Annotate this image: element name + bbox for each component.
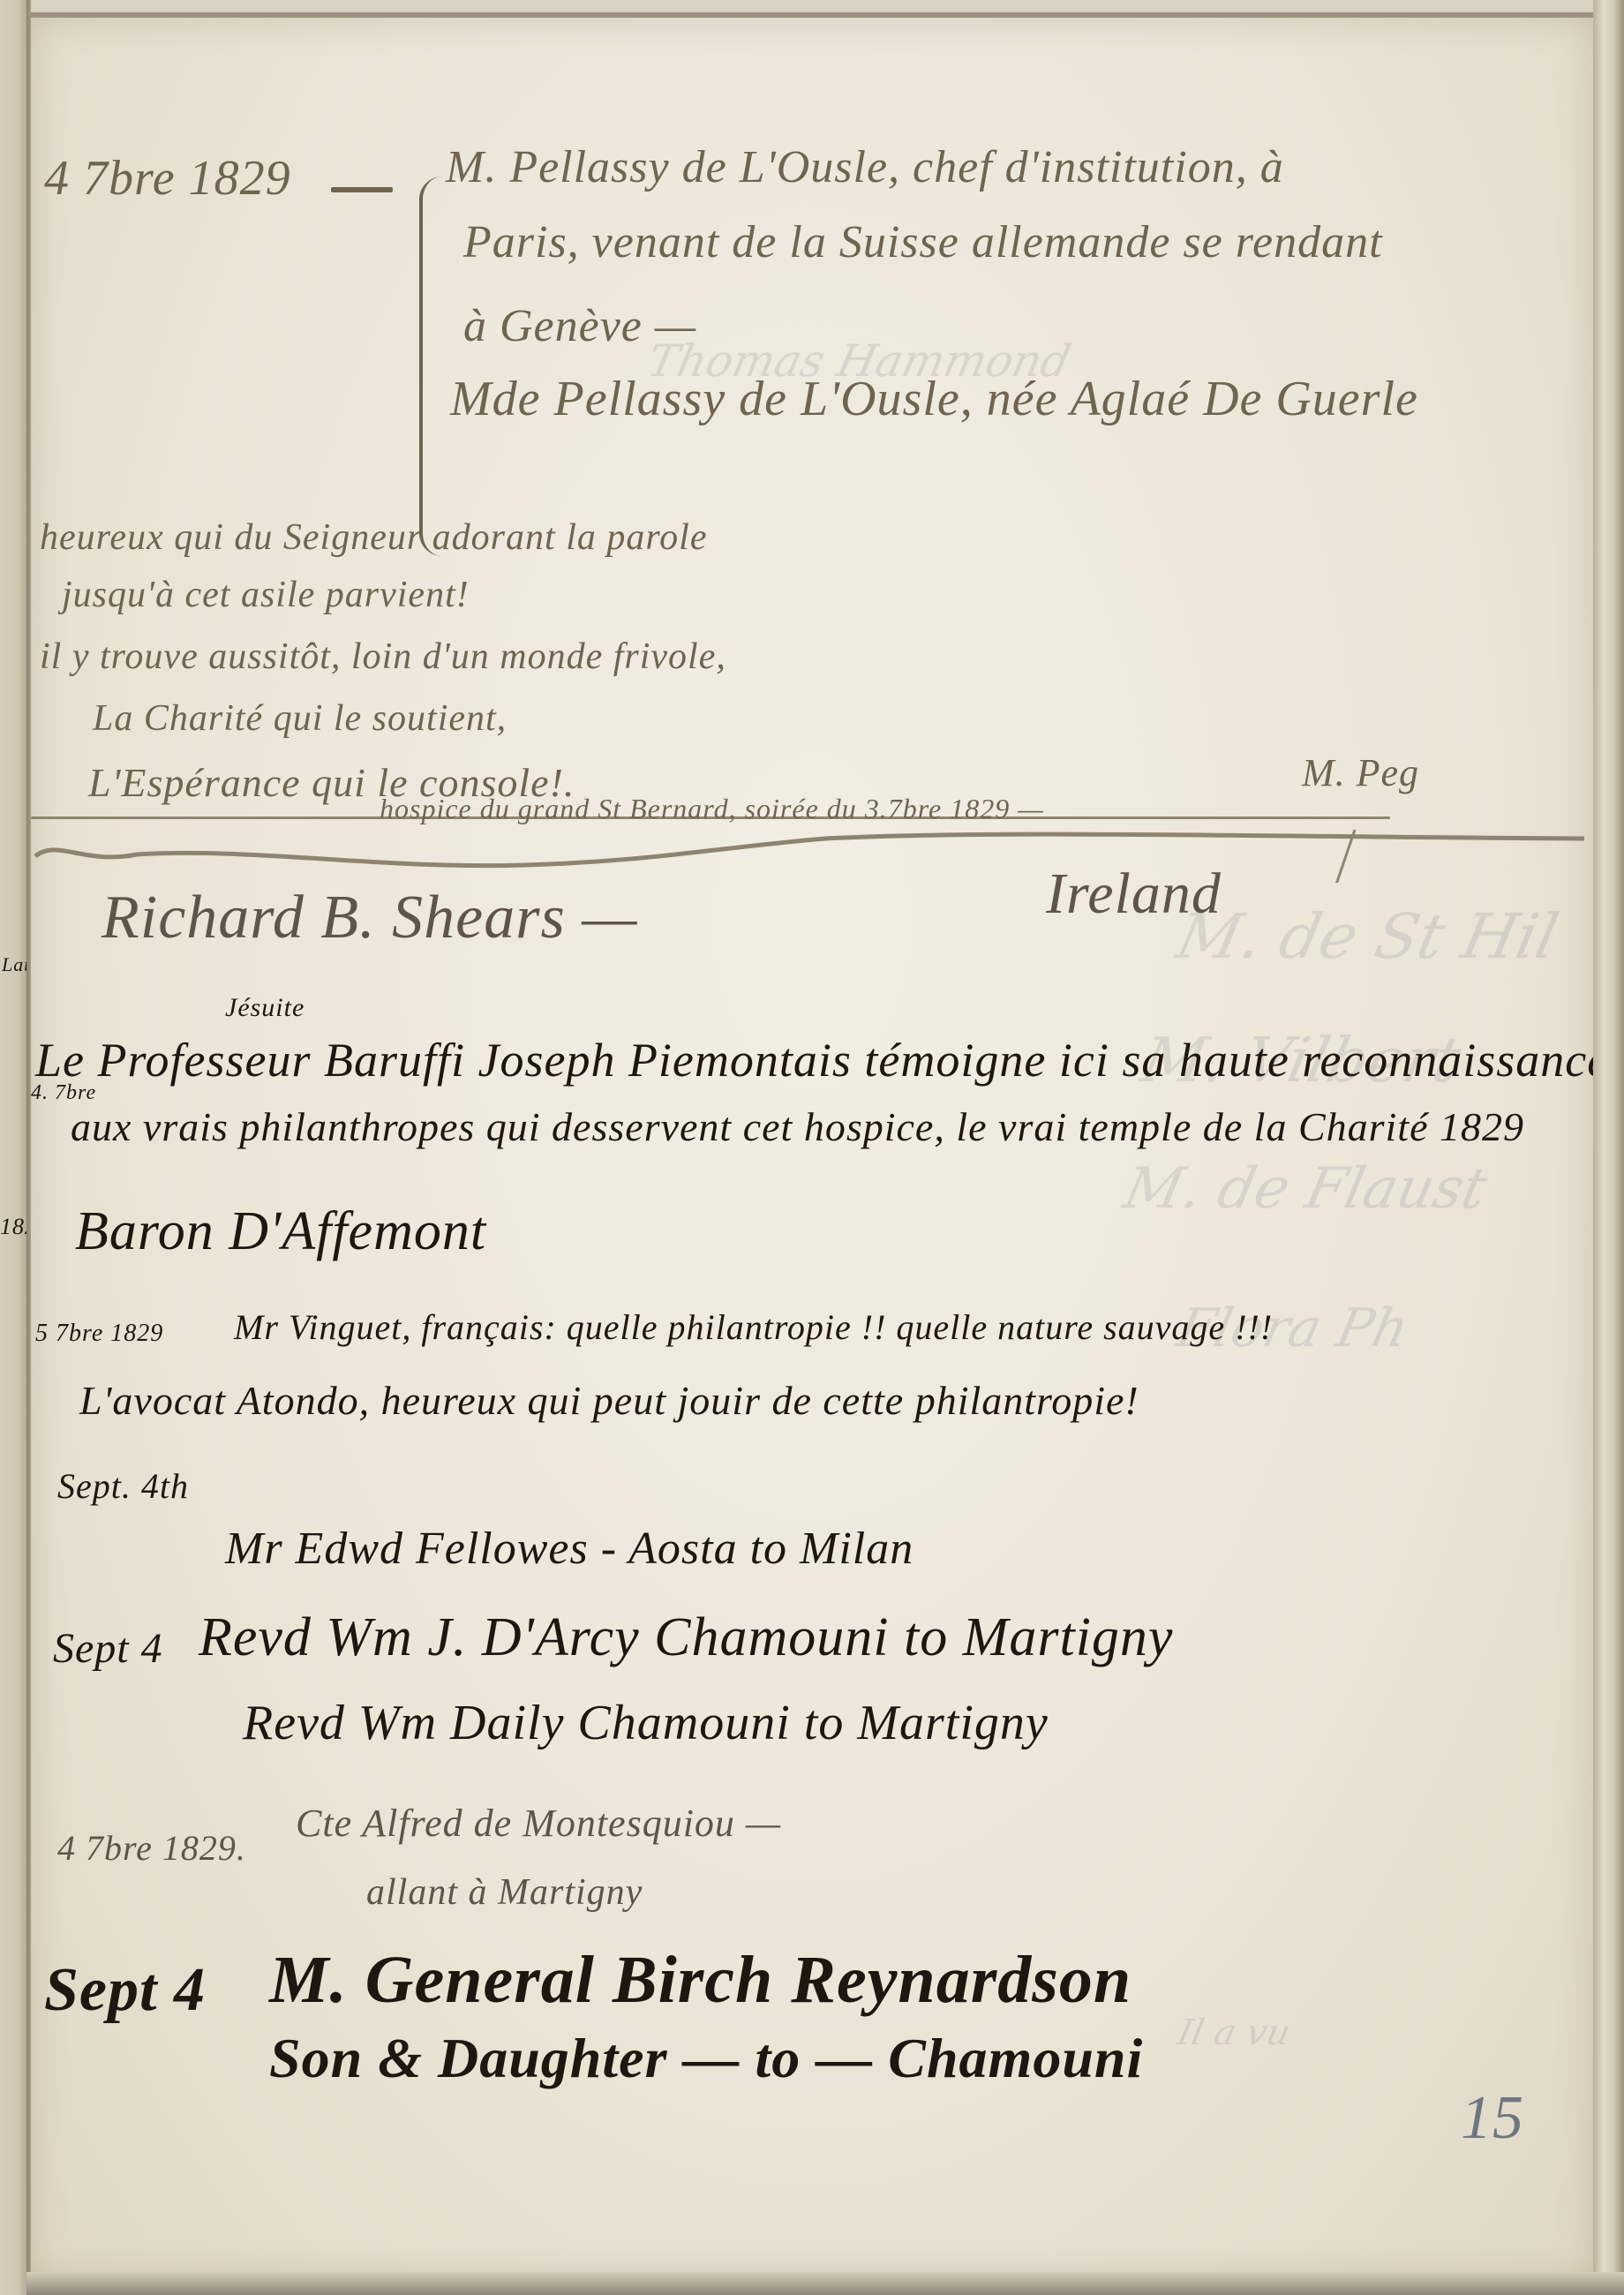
manuscript-scan: Lat. 1829 M. de St Hil M. Vilbert M. de … bbox=[0, 0, 1624, 2295]
register-page: M. de St Hil M. Vilbert M. de Flaust Flo… bbox=[31, 12, 1593, 2277]
entry-line: M. General Birch Reynardson bbox=[269, 1942, 1132, 2019]
entry-line: M. Pellassy de L'Ousle, chef d'instituti… bbox=[446, 141, 1284, 193]
superscript-note: Jésuite bbox=[225, 993, 304, 1023]
entry-name: Richard B. Shears — bbox=[101, 883, 637, 953]
poem-line: La Charité qui le soutient, bbox=[93, 697, 507, 740]
previous-page-edge: Lat. 1829 bbox=[0, 0, 26, 2295]
entry-date: Sept 4 bbox=[53, 1624, 163, 1673]
poem-line: jusqu'à cet asile parvient! bbox=[62, 574, 470, 616]
poem-line: heureux qui du Seigneur adorant la parol… bbox=[40, 516, 707, 559]
entry-line: Mde Pellassy de L'Ousle, née Aglaé De Gu… bbox=[450, 371, 1418, 427]
entry-line: Mr Vinguet, français: quelle philantropi… bbox=[234, 1306, 1273, 1348]
poem-footer: hospice du grand St Bernard, soirée du 3… bbox=[380, 793, 1044, 825]
entry-line: Revd Wm Daily Chamouni to Martigny bbox=[243, 1695, 1049, 1751]
curly-brace bbox=[419, 177, 442, 556]
entry-line: Le Professeur Baruffi Joseph Piemontais … bbox=[35, 1033, 1609, 1087]
dash-divider bbox=[331, 187, 393, 192]
wavy-divider bbox=[31, 830, 1593, 883]
right-page-edge bbox=[1593, 0, 1624, 2295]
bleed-through: M. de St Hil bbox=[1170, 900, 1564, 973]
page-number: 15 bbox=[1461, 2083, 1524, 2154]
entry-line: Mr Edwd Fellowes - Aosta to Milan bbox=[225, 1523, 913, 1575]
entry-line: Paris, venant de la Suisse allemande se … bbox=[463, 216, 1383, 268]
entry-line: à Genève — bbox=[463, 300, 696, 352]
entry-place: Ireland bbox=[1046, 861, 1222, 928]
entry-line: L'avocat Atondo, heureux qui peut jouir … bbox=[79, 1377, 1139, 1424]
entry-date: Sept. 4th bbox=[57, 1465, 189, 1507]
entry-line: aux vrais philanthropes qui desservent c… bbox=[71, 1103, 1524, 1150]
entry-name: Baron D'Affemont bbox=[75, 1200, 486, 1263]
bleed-through: M. de Flaust bbox=[1118, 1156, 1492, 1222]
entry-date: Sept 4 bbox=[44, 1955, 206, 2026]
entry-line: Cte Alfred de Montesquiou — bbox=[296, 1801, 781, 1846]
entry-date: 5 7bre 1829 bbox=[35, 1320, 163, 1348]
entry-line: allant à Martigny bbox=[366, 1871, 643, 1914]
entry-line: Son & Daughter — to — Chamouni bbox=[269, 2026, 1143, 2091]
poem-line: il y trouve aussitôt, loin d'un monde fr… bbox=[40, 636, 726, 678]
signature: M. Peg bbox=[1302, 750, 1419, 795]
entry-date: 4 7bre 1829. bbox=[57, 1827, 246, 1869]
entry-line: Revd Wm J. D'Arcy Chamouni to Martigny bbox=[199, 1606, 1173, 1669]
page-bottom-edge bbox=[26, 2272, 1624, 2295]
bleed-through: Il a vu bbox=[1174, 2013, 1294, 2053]
entry-date: 4 7bre 1829 bbox=[44, 150, 291, 207]
